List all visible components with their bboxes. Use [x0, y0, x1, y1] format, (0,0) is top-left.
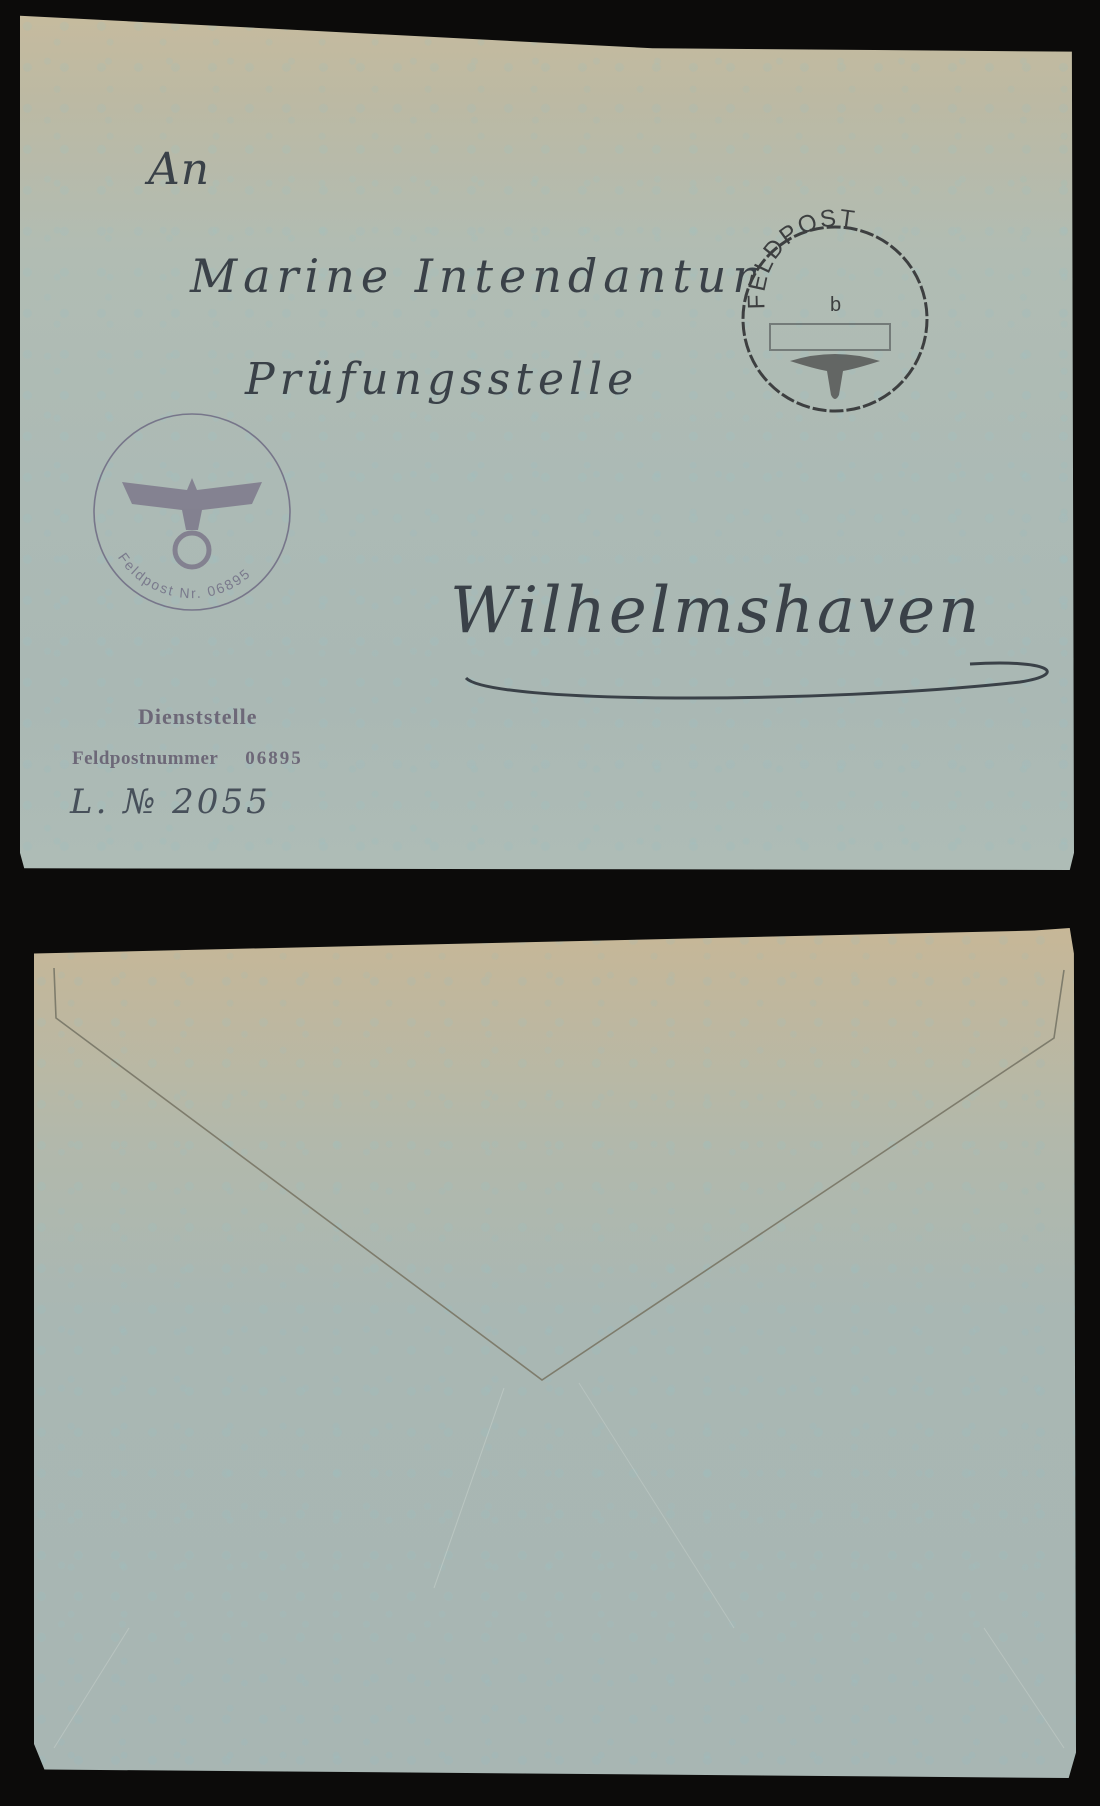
reference-number: L. № 2055	[70, 782, 271, 822]
sender-stamp-dienststelle: Dienststelle	[138, 704, 258, 730]
envelope-front: An Marine Intendantur Prüfungsstelle Wil…	[20, 14, 1074, 870]
feldpostnummer-value: 06895	[245, 748, 303, 769]
svg-text:Feldpost Nr. 06895: Feldpost Nr. 06895	[115, 550, 254, 602]
sender-stamp-feldpostnummer: Feldpostnummer 06895	[72, 748, 303, 770]
feldpost-postmark: FELDPOST b	[735, 219, 935, 419]
eagle-emblem-icon	[790, 354, 880, 399]
envelope-flap	[34, 928, 1076, 1778]
unit-seal: Feldpost Nr. 06895	[92, 412, 292, 612]
svg-text:b: b	[830, 294, 841, 316]
envelope-back	[34, 928, 1076, 1778]
eagle-emblem-icon	[122, 478, 262, 567]
feldpostnummer-label: Feldpostnummer	[72, 748, 218, 769]
